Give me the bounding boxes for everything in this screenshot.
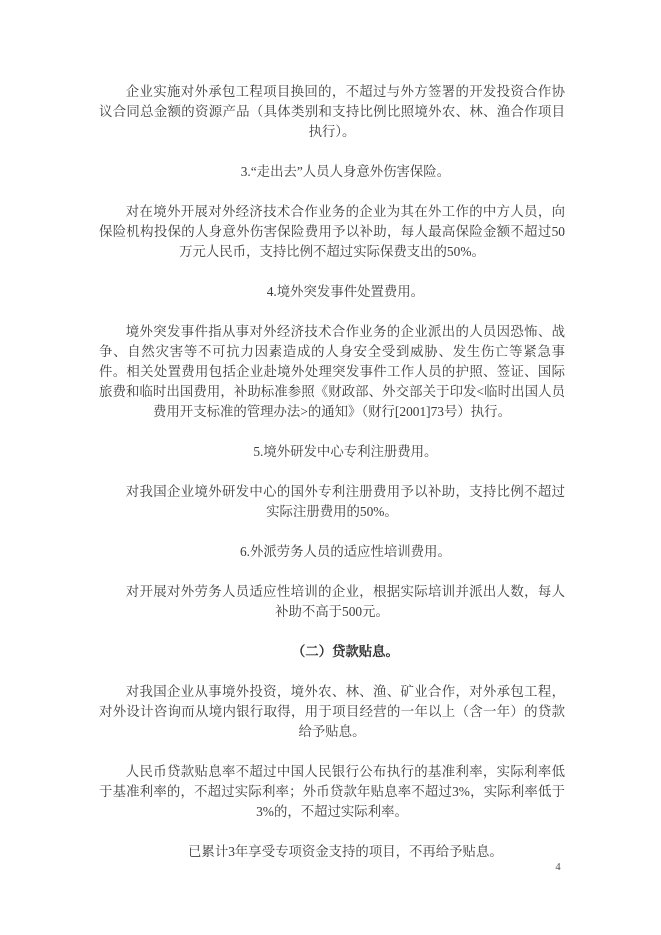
paragraph: 对开展对外劳务人员适应性培训的企业，根据实际培训并派出人数，每人补助不高于500… xyxy=(99,582,565,622)
section-heading: 6.外派劳务人员的适应性培训费用。 xyxy=(99,542,565,562)
section-heading: 3.“走出去”人员人身意外伤害保险。 xyxy=(99,162,565,182)
paragraph: 对在境外开展对外经济技术合作业务的企业为其在外工作的中方人员，向保险机构投保的人… xyxy=(99,202,565,262)
paragraph: 对我国企业从事境外投资，境外农、林、渔、矿业合作，对外承包工程，对外设计咨询而从… xyxy=(99,682,565,742)
section-heading: 4.境外突发事件处置费用。 xyxy=(99,282,565,302)
paragraph: 企业实施对外承包工程项目换回的，不超过与外方签署的开发投资合作协议合同总金额的资… xyxy=(99,82,565,142)
paragraph: 人民币贷款贴息率不超过中国人民银行公布执行的基准利率，实际利率低于基准利率的，不… xyxy=(99,762,565,822)
paragraph: 已累计3年享受专项资金支持的项目，不再给予贴息。 xyxy=(99,842,565,862)
section-heading: 5.境外研发中心专利注册费用。 xyxy=(99,442,565,462)
paragraph: 境外突发事件指从事对外经济技术合作业务的企业派出的人员因恐怖、战争、自然灾害等不… xyxy=(99,322,565,422)
paragraph: 对我国企业境外研发中心的国外专利注册费用予以补助，支持比例不超过实际注册费用的5… xyxy=(99,482,565,522)
document-page: 企业实施对外承包工程项目换回的，不超过与外方签署的开发投资合作协议合同总金额的资… xyxy=(0,0,661,935)
document-body: 企业实施对外承包工程项目换回的，不超过与外方签署的开发投资合作协议合同总金额的资… xyxy=(99,82,565,882)
page-number: 4 xyxy=(551,861,565,875)
section-heading-bold: （二）贷款贴息。 xyxy=(99,642,565,662)
